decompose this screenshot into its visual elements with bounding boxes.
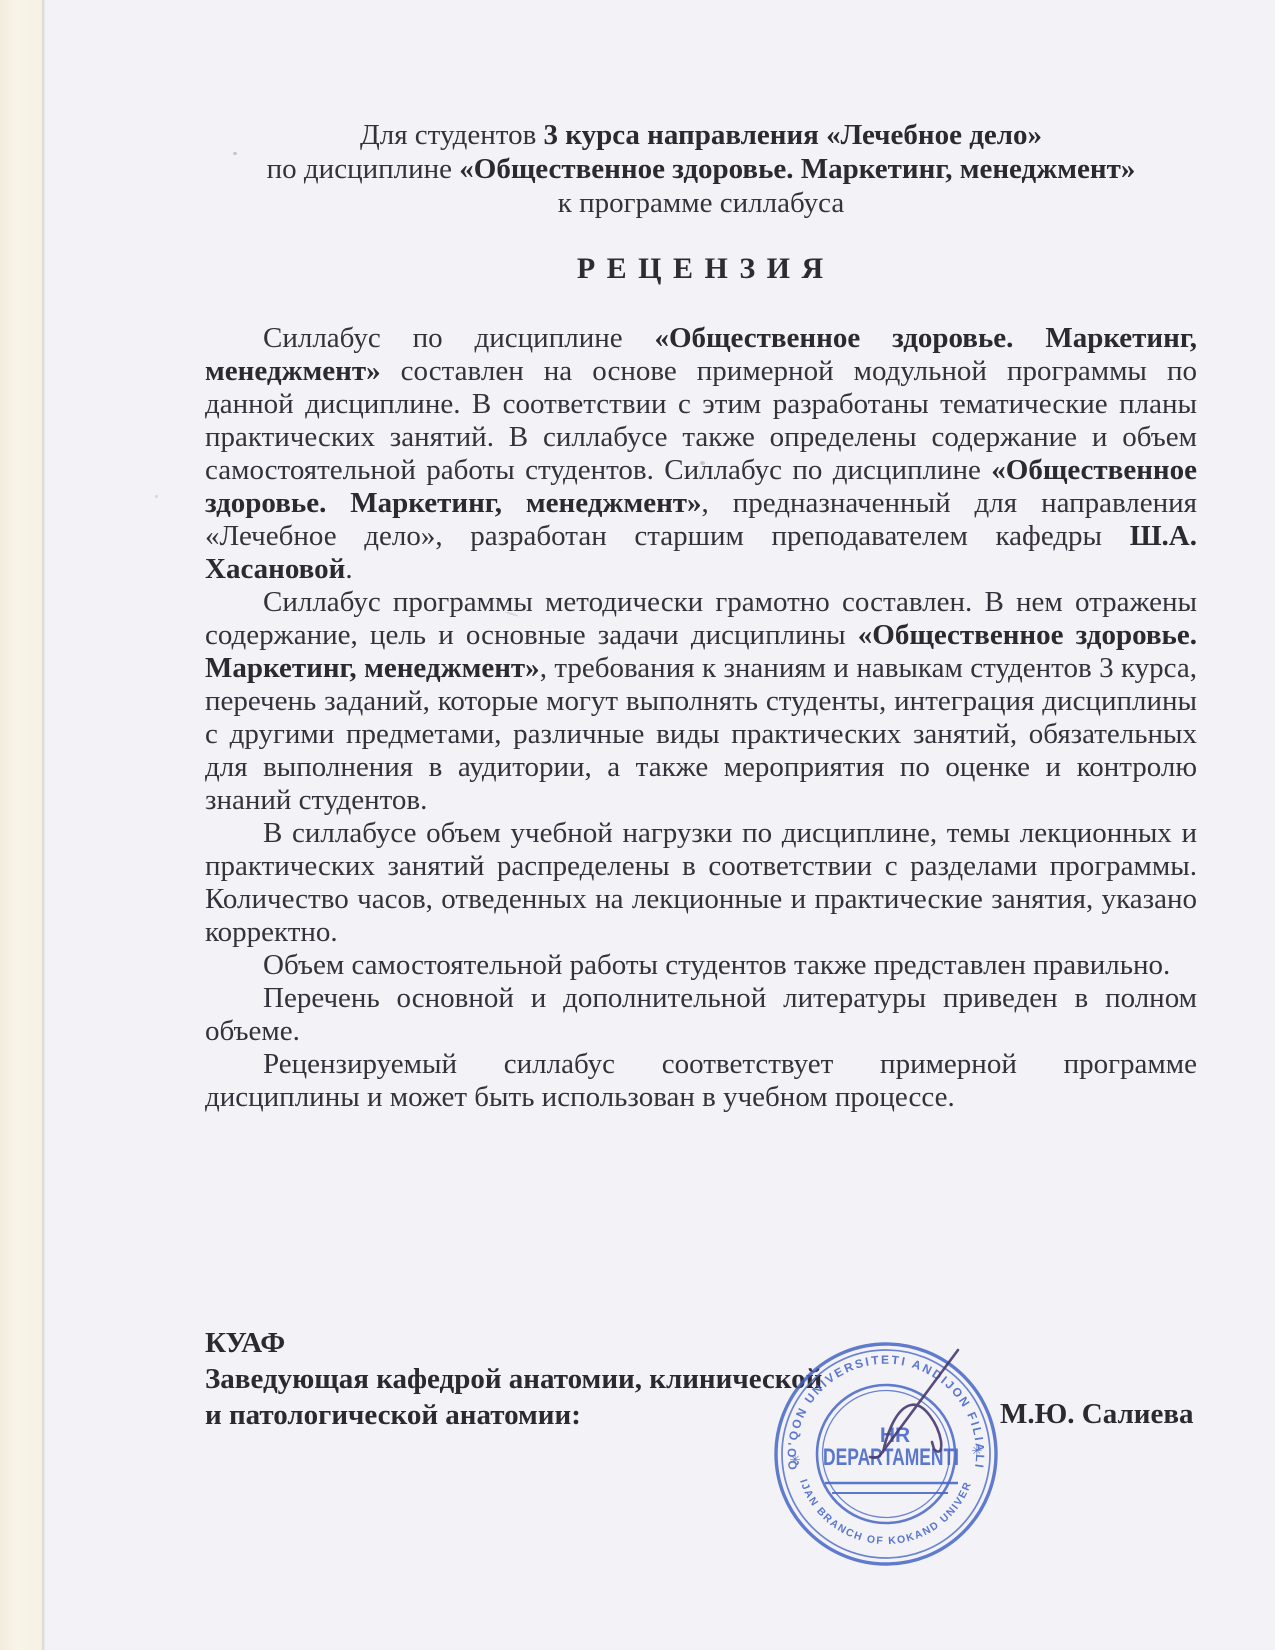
- paragraph: Силлабус программы методически грамотно …: [205, 586, 1197, 817]
- header-line-3: к программе силлабуса: [205, 186, 1197, 220]
- round-stamp: QO'QON UNIVERSITETI ANDIJON FILIALI ANDI…: [770, 1338, 1002, 1570]
- scanned-page: Для студентов 3 курса направления «Лечеб…: [0, 0, 1275, 1650]
- document-header: Для студентов 3 курса направления «Лечеб…: [205, 118, 1197, 220]
- text-run: Объем самостоятельной работы студентов т…: [263, 949, 1170, 981]
- text-run: Рецензируемый силлабус соответствует при…: [205, 1048, 1197, 1113]
- header-line1-bold: 3 курса направления «Лечебное дело»: [544, 119, 1043, 151]
- paragraph: В силлабусе объем учебной нагрузки по ди…: [205, 817, 1197, 949]
- stamp-star-right-icon: ✳: [971, 1443, 982, 1458]
- text-run: Силлабус по дисциплине: [263, 322, 655, 354]
- paragraph: Рецензируемый силлабус соответствует при…: [205, 1048, 1197, 1114]
- signer-name: М.Ю. Салиева: [1000, 1398, 1193, 1431]
- header-line1-text: Для студентов: [360, 119, 544, 151]
- page-title: Р Е Ц Е Н З И Я: [205, 252, 1197, 286]
- header-line-1: Для студентов 3 курса направления «Лечеб…: [205, 118, 1197, 152]
- paragraph: Силлабус по дисциплине «Общественное здо…: [205, 322, 1197, 586]
- text-run: В силлабусе объем учебной нагрузки по ди…: [205, 817, 1197, 948]
- text-run: Перечень основной и дополнительной литер…: [205, 982, 1197, 1047]
- paper-edge-shadow: [42, 0, 45, 1650]
- document-body: Силлабус по дисциплине «Общественное здо…: [205, 322, 1197, 1114]
- header-line-2: по дисциплине «Общественное здоровье. Ма…: [205, 152, 1197, 186]
- paragraph: Объем самостоятельной работы студентов т…: [205, 949, 1197, 982]
- scan-speck: [155, 495, 158, 498]
- paragraph: Перечень основной и дополнительной литер…: [205, 982, 1197, 1048]
- header-line2-text: по дисциплине: [267, 153, 460, 185]
- stamp-center-line2: DEPARTAMENTI: [823, 1444, 959, 1471]
- header-line2-bold: «Общественное здоровье. Маркетинг, менед…: [459, 153, 1135, 185]
- stamp-star-left-icon: ✳: [790, 1452, 801, 1467]
- text-run: .: [345, 553, 352, 585]
- scan-edge-strip: [0, 0, 44, 1650]
